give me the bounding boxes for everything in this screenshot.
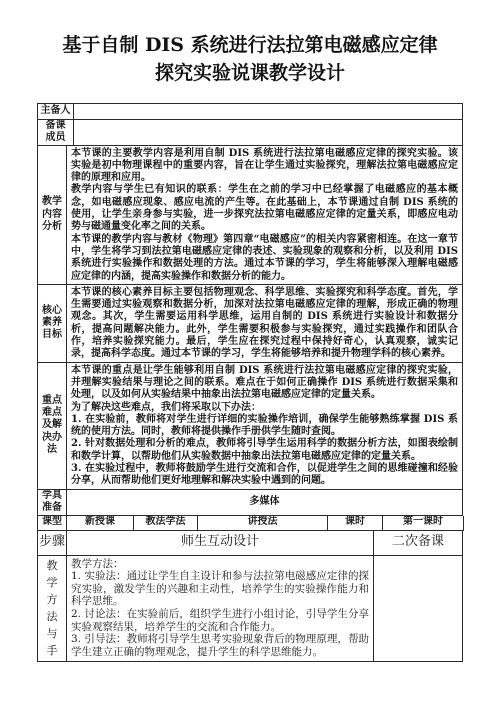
row-course-type: 课型 新授课 教法学法 讲授法 课时 第一课时: [38, 516, 463, 531]
key-difficulties-text: 本节课的重点是让学生能够利用自制 DIS 系统进行法拉第电磁感应定律的探究实验，…: [67, 363, 463, 490]
document-page: 基于自制 DIS 系统进行法拉第电磁感应定律 探究实验说课教学设计 主备人 备课…: [0, 0, 500, 707]
prep-members-label: 备课 成员: [38, 120, 74, 146]
content-analysis-text: 本节课的主要教学内容是利用自制 DIS 系统进行法拉第电磁感应定律的探究实验。该…: [67, 146, 463, 285]
row-equipment: 学具 准备 多媒体: [38, 490, 463, 516]
row-key-difficulties: 重点 难点 及解 决办 法 本节课的重点是让学生能够利用自制 DIS 系统进行法…: [38, 363, 463, 490]
key-difficulties-label: 重点 难点 及解 决办 法: [38, 363, 67, 490]
interaction-design-label: 师生互动设计: [67, 531, 374, 556]
doc-title-line1: 基于自制 DIS 系统进行法拉第电磁感应定律: [0, 31, 500, 59]
teaching-method-label: 教法学法: [134, 516, 198, 531]
row-steps-header: 步骤 师生互动设计 二次备课: [38, 531, 463, 556]
second-prep-notes: [374, 556, 463, 662]
core-literacy-label: 核心 素养 目标: [38, 285, 67, 363]
course-type-value: 新授课: [67, 516, 134, 531]
teaching-methods-label: 教 学 方 法 与 手: [38, 556, 67, 662]
teaching-methods-text: 教学方法： 1. 实验法：通过让学生自主设计和参与法拉第电磁感应定律的探究实验，…: [67, 556, 374, 662]
content-analysis-label: 教学 内容 分析: [38, 146, 67, 285]
row-prep-members: 备课 成员: [38, 120, 463, 146]
doc-title: 基于自制 DIS 系统进行法拉第电磁感应定律 探究实验说课教学设计: [0, 31, 500, 87]
lesson-plan-table: 主备人 备课 成员 教学 内容 分析 本节课的主要教学内容是利用自制 DIS 系…: [37, 103, 463, 662]
teaching-method-value: 讲授法: [198, 516, 328, 531]
prep-members-value: [74, 120, 463, 146]
core-literacy-text: 本节课的核心素养目标主要包括物理观念、科学思维、实验探究和科学态度。首先，学生需…: [67, 285, 463, 363]
class-period-value: 第一课时: [383, 516, 464, 531]
second-prep-label: 二次备课: [374, 531, 463, 556]
steps-label: 步骤: [38, 531, 67, 556]
equipment-value: 多媒体: [67, 490, 463, 516]
row-teaching-methods: 教 学 方 法 与 手 教学方法： 1. 实验法：通过让学生自主设计和参与法拉第…: [38, 556, 463, 662]
equipment-label: 学具 准备: [38, 490, 67, 516]
main-preparer-label: 主备人: [38, 104, 74, 120]
row-core-literacy: 核心 素养 目标 本节课的核心素养目标主要包括物理观念、科学思维、实验探究和科学…: [38, 285, 463, 363]
doc-title-line2: 探究实验说课教学设计: [0, 59, 500, 87]
main-preparer-value: [74, 104, 463, 120]
row-main-preparer: 主备人: [38, 104, 463, 120]
class-period-label: 课时: [328, 516, 383, 531]
row-content-analysis: 教学 内容 分析 本节课的主要教学内容是利用自制 DIS 系统进行法拉第电磁感应…: [38, 146, 463, 285]
course-type-label: 课型: [38, 516, 67, 531]
